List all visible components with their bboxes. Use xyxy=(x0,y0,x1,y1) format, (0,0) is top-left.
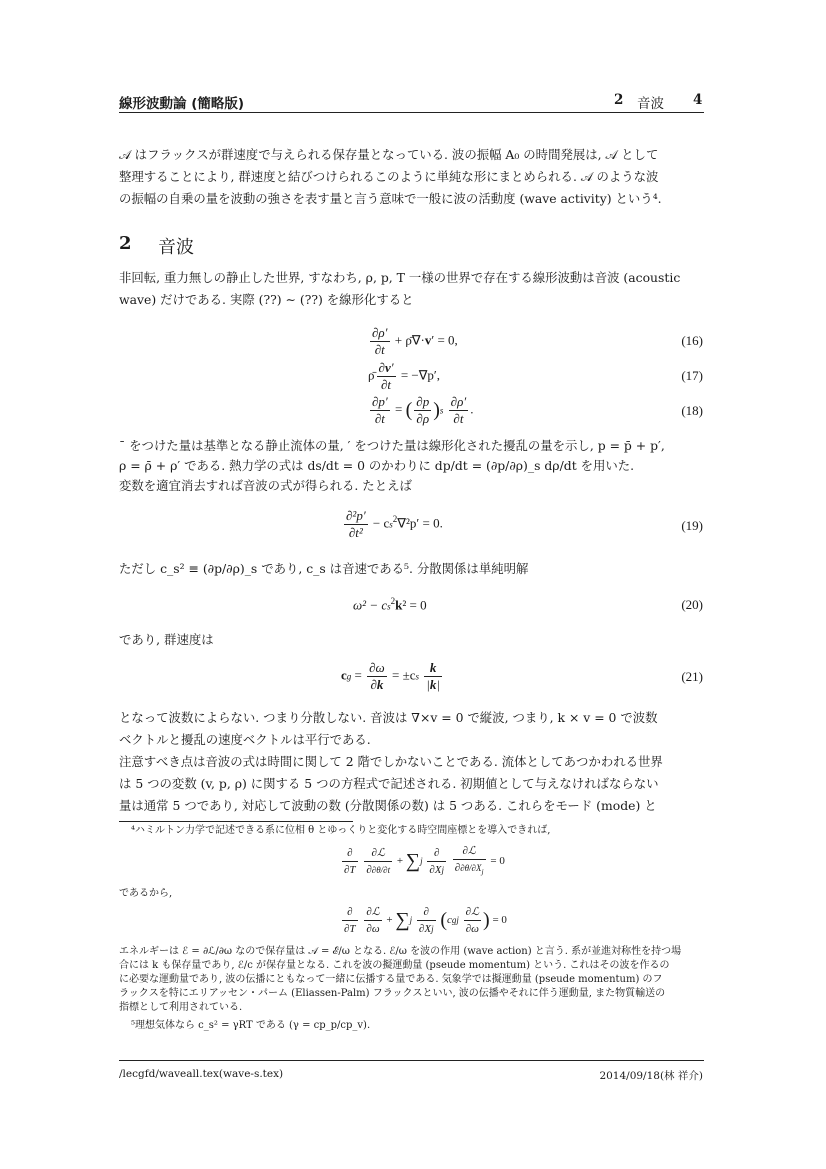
paragraph-2: ¯ をつけた量は基準となる静止流体の量, ′ をつけた量は線形化された擾乱の量を… xyxy=(119,436,703,496)
footnote-5: ⁵理想気体なら c_s² = γRT である (γ = cp_p/cp_v). xyxy=(119,1019,715,1033)
paragraph-3: ただし c_s² ≡ (∂p/∂ρ)_s であり, c_s は音速である⁵. 分… xyxy=(119,558,703,580)
text-line: 変数を適宜消去すれば音波の式が得られる. たとえば xyxy=(119,476,703,496)
text-line: は 5 つの変数 (v, p, ρ) に関する 5 つの方程式で記述される. 初… xyxy=(119,773,703,795)
paragraph-5: となって波数によらない. つまり分散しない. 音波は ∇×v = 0 で縦波, … xyxy=(119,707,703,817)
text-line: ¯ をつけた量は基準となる静止流体の量, ′ をつけた量は線形化された擾乱の量を… xyxy=(119,436,703,456)
footer-source-path: /lecgfd/waveall.tex(wave-s.tex) xyxy=(119,1068,283,1080)
text-line: の振幅の自乗の量を波動の強さを表す量と言う意味で一般に波の活動度 (wave a… xyxy=(119,188,703,210)
header-rule xyxy=(119,112,704,113)
footnote-4-equation-1: ∂∂T ∂ℒ∂∂θ/∂t + ∑j ∂∂Xj ∂ℒ∂∂θ/∂Xj = 0 xyxy=(340,843,505,880)
equation-18: ∂p′∂t = (∂p∂ρ)s ∂ρ′∂t. xyxy=(368,394,473,427)
text-line: 合には k も保存量であり, ℰ/c が保存量となる. これを波の擬運動量 (p… xyxy=(119,959,703,973)
text-line: に必要な運動量であり, 波の伝播にともなって一緒に伝播する量である. 気象学では… xyxy=(119,973,703,987)
text-line: ベクトルと擾乱の速度ベクトルは平行である. xyxy=(119,729,703,751)
footnote-4-mid: であるから, xyxy=(119,887,703,901)
text-line: ただし c_s² ≡ (∂p/∂ρ)_s であり, c_s は音速である⁵. 分… xyxy=(119,558,703,580)
text-line: エネルギーは ℰ = ∂ℒ/∂ω なので保存量は 𝒜 = ℰ/ω となる. ℰ/… xyxy=(119,945,703,959)
text-line: wave) だけである. 実際 (??) ∼ (??) を線形化すると xyxy=(119,289,703,311)
footnote-4-body: エネルギーは ℰ = ∂ℒ/∂ω なので保存量は 𝒜 = ℰ/ω となる. ℰ/… xyxy=(119,945,703,1015)
equation-20: ω² − cs2k² = 0 xyxy=(353,596,427,613)
equation-number-18: (18) xyxy=(681,403,703,419)
text-line: 量は通常 5 つであり, 対応して波動の数 (分散関係の数) は 5 つある. … xyxy=(119,795,703,817)
equation-16: ∂ρ′∂t + ρ̄∇·v′ = 0, xyxy=(368,325,458,358)
footer-rule xyxy=(119,1060,704,1061)
equation-number-19: (19) xyxy=(681,518,703,534)
text-line: であり, 群速度は xyxy=(119,629,703,651)
paragraph-4: であり, 群速度は xyxy=(119,629,703,651)
text-line: 𝒜 はフラックスが群速度で与えられる保存量となっている. 波の振幅 A₀ の時間… xyxy=(119,144,703,166)
equation-number-20: (20) xyxy=(681,597,703,613)
footnote-4-intro: ⁴ハミルトン力学で記述できる系に位相 θ とゆっくりと変化する時空間座標とを導入… xyxy=(119,824,715,838)
page-number: 4 xyxy=(693,92,702,108)
equation-number-16: (16) xyxy=(681,333,703,349)
equation-17: ρ̄∂v′∂t = −∇p′, xyxy=(368,360,440,393)
section-title: 音波 xyxy=(158,233,194,259)
running-header-section-number: 2 xyxy=(614,92,623,108)
equation-19: ∂²p′∂t² − cs2∇²p′ = 0. xyxy=(342,508,443,541)
equation-21: cg = ∂ω∂k = ±cs k|k| xyxy=(341,660,444,693)
text-line: 注意すべき点は音波の式は時間に関して 2 階でしかないことである. 流体としてあ… xyxy=(119,751,703,773)
footnote-4-equation-2: ∂∂T ∂ℒ∂ω + ∑j ∂∂Xj (cgj ∂ℒ∂ω) = 0 xyxy=(340,904,507,937)
paragraph-1: 非回転, 重力無しの静止した世界, すなわち, ρ, p, T 一様の世界で存在… xyxy=(119,267,703,311)
text-line: となって波数によらない. つまり分散しない. 音波は ∇×v = 0 で縦波, … xyxy=(119,707,703,729)
running-header-title: 線形波動論 (簡略版) xyxy=(119,92,244,112)
text-line: 非回転, 重力無しの静止した世界, すなわち, ρ, p, T 一様の世界で存在… xyxy=(119,267,703,289)
text-line: 指標として利用されている. xyxy=(119,1001,703,1015)
text-line: 整理することにより, 群速度と結びつけられるこのように単純な形にまとめられる. … xyxy=(119,166,703,188)
equation-number-17: (17) xyxy=(681,368,703,384)
equation-number-21: (21) xyxy=(681,669,703,685)
footnote-rule xyxy=(119,821,353,822)
section-number: 2 xyxy=(119,233,132,254)
intro-paragraph: 𝒜 はフラックスが群速度で与えられる保存量となっている. 波の振幅 A₀ の時間… xyxy=(119,144,703,210)
text-line: ラックスを特にエリアッセン・パーム (Eliassen-Palm) フラックスと… xyxy=(119,987,703,1001)
running-header-section-title: 音波 xyxy=(637,92,664,112)
footer-date-author: 2014/09/18(林 祥介) xyxy=(599,1068,703,1083)
text-line: ρ = ρ̄ + ρ′ である. 熱力学の式は ds/dt = 0 のかわりに … xyxy=(119,456,703,476)
